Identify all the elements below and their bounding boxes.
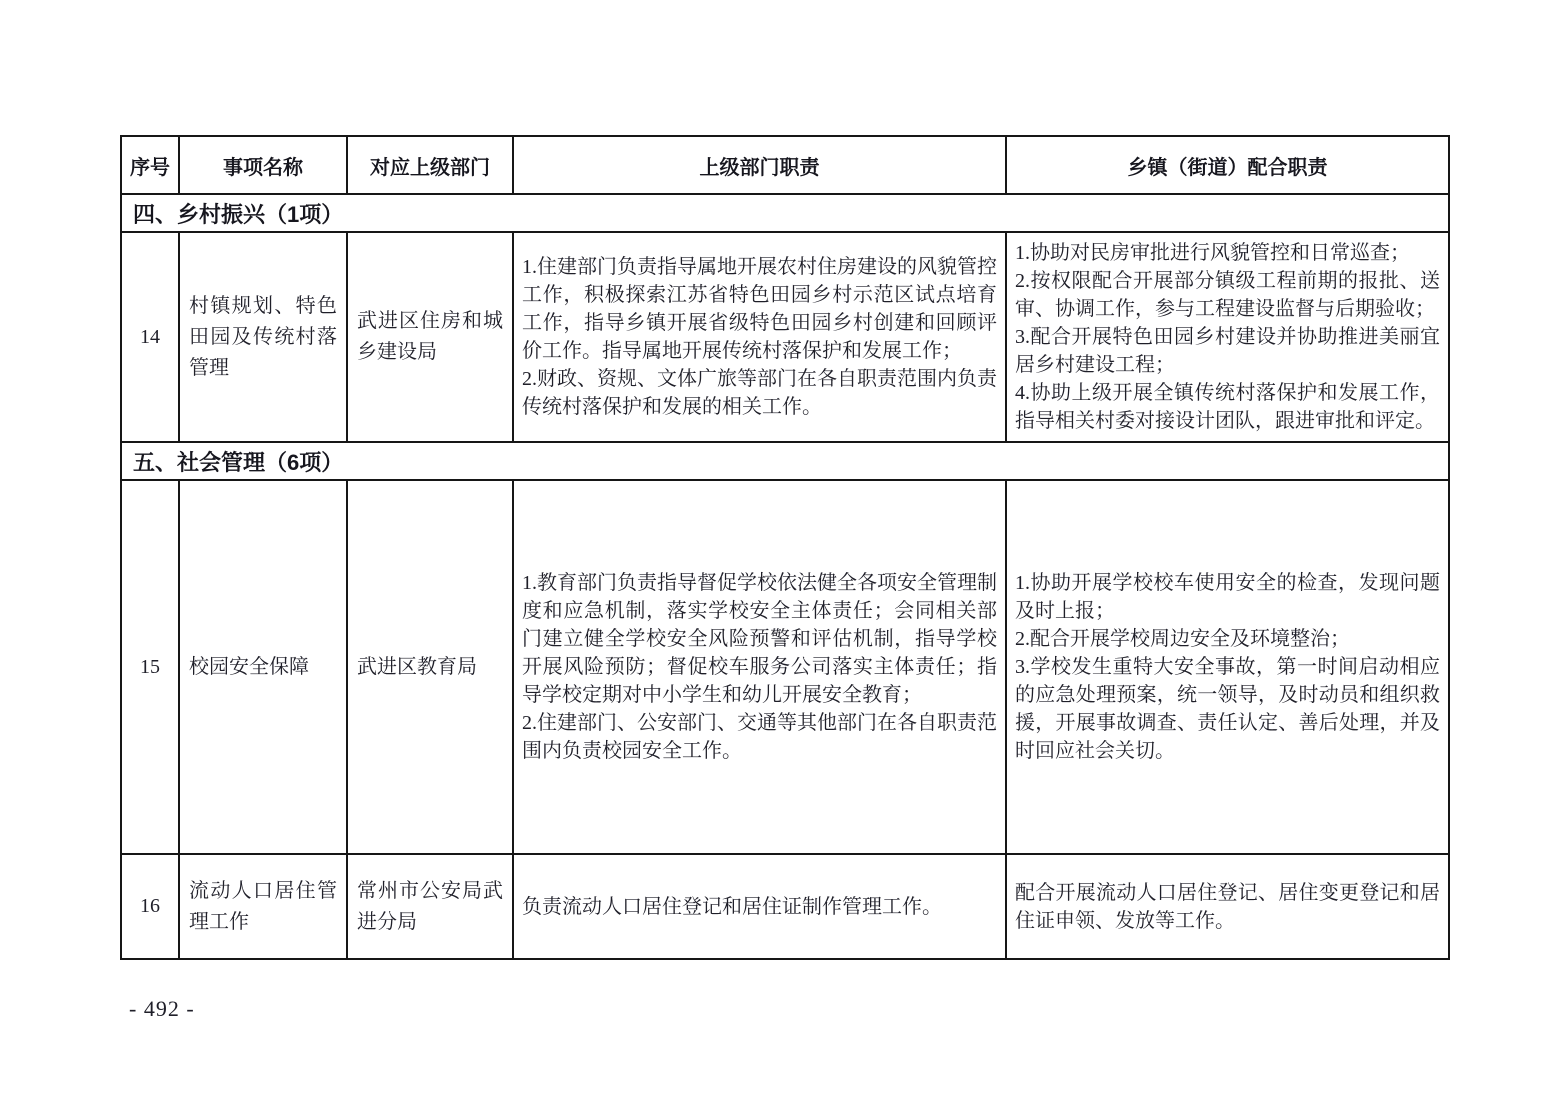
header-cell-township-duties: 乡镇（街道）配合职责	[1006, 136, 1449, 194]
header-cell-no: 序号	[121, 136, 179, 194]
header-cell-superior-duties: 上级部门职责	[513, 136, 1006, 194]
section-title: 五、社会管理（6项）	[121, 442, 1449, 480]
superior-duties: 1.教育部门负责指导督促学校依法健全各项安全管理制度和应急机制，落实学校安全主体…	[513, 480, 1006, 854]
row-number: 14	[121, 232, 179, 442]
duty-paragraph: 3.配合开展特色田园乡村建设并协助推进美丽宜居乡村建设工程；	[1015, 323, 1440, 379]
header-cell-department: 对应上级部门	[347, 136, 513, 194]
superior-duties: 负责流动人口居住登记和居住证制作管理工作。	[513, 854, 1006, 959]
document-page: 序号 事项名称 对应上级部门 上级部门职责 乡镇（街道）配合职责 四、乡村振兴（…	[0, 0, 1559, 1102]
section-title: 四、乡村振兴（1项）	[121, 194, 1449, 232]
duty-paragraph: 1.教育部门负责指导督促学校依法健全各项安全管理制度和应急机制，落实学校安全主体…	[522, 569, 997, 709]
duty-paragraph: 2.配合开展学校周边安全及环境整治；	[1015, 625, 1440, 653]
duty-paragraph: 1.协助开展学校校车使用安全的检查，发现问题及时上报；	[1015, 569, 1440, 625]
department-name: 常州市公安局武进分局	[347, 854, 513, 959]
section-row-social-management: 五、社会管理（6项）	[121, 442, 1449, 480]
township-duties: 1.协助开展学校校车使用安全的检查，发现问题及时上报；2.配合开展学校周边安全及…	[1006, 480, 1449, 854]
page-number: - 492 -	[129, 996, 195, 1022]
duty-paragraph: 4.协助上级开展全镇传统村落保护和发展工作，指导相关村委对接设计团队，跟进审批和…	[1015, 379, 1440, 435]
header-cell-item-name: 事项名称	[179, 136, 347, 194]
duty-paragraph: 1.协助对民房审批进行风貌管控和日常巡查；	[1015, 239, 1440, 267]
duty-paragraph: 2.按权限配合开展部分镇级工程前期的报批、送审、协调工作，参与工程建设监督与后期…	[1015, 267, 1440, 323]
row-number: 16	[121, 854, 179, 959]
table-row: 14 村镇规划、特色田园及传统村落管理 武进区住房和城乡建设局 1.住建部门负责…	[121, 232, 1449, 442]
table-row: 15 校园安全保障 武进区教育局 1.教育部门负责指导督促学校依法健全各项安全管…	[121, 480, 1449, 854]
duty-paragraph: 配合开展流动人口居住登记、居住变更登记和居住证申领、发放等工作。	[1015, 879, 1440, 935]
table-header-row: 序号 事项名称 对应上级部门 上级部门职责 乡镇（街道）配合职责	[121, 136, 1449, 194]
superior-duties: 1.住建部门负责指导属地开展农村住房建设的风貌管控工作，积极探索江苏省特色田园乡…	[513, 232, 1006, 442]
duty-paragraph: 2.财政、资规、文体广旅等部门在各自职责范围内负责传统村落保护和发展的相关工作。	[522, 365, 997, 421]
item-name: 流动人口居住管理工作	[179, 854, 347, 959]
department-name: 武进区教育局	[347, 480, 513, 854]
section-row-rural-revitalization: 四、乡村振兴（1项）	[121, 194, 1449, 232]
duty-paragraph: 负责流动人口居住登记和居住证制作管理工作。	[522, 893, 997, 921]
item-name: 村镇规划、特色田园及传统村落管理	[179, 232, 347, 442]
township-duties: 配合开展流动人口居住登记、居住变更登记和居住证申领、发放等工作。	[1006, 854, 1449, 959]
duty-paragraph: 3.学校发生重特大安全事故，第一时间启动相应的应急处理预案，统一领导，及时动员和…	[1015, 653, 1440, 765]
duty-paragraph: 2.住建部门、公安部门、交通等其他部门在各自职责范围内负责校园安全工作。	[522, 709, 997, 765]
table-row: 16 流动人口居住管理工作 常州市公安局武进分局 负责流动人口居住登记和居住证制…	[121, 854, 1449, 959]
item-name: 校园安全保障	[179, 480, 347, 854]
duty-paragraph: 1.住建部门负责指导属地开展农村住房建设的风貌管控工作，积极探索江苏省特色田园乡…	[522, 253, 997, 365]
row-number: 15	[121, 480, 179, 854]
responsibility-table: 序号 事项名称 对应上级部门 上级部门职责 乡镇（街道）配合职责 四、乡村振兴（…	[120, 135, 1450, 960]
department-name: 武进区住房和城乡建设局	[347, 232, 513, 442]
township-duties: 1.协助对民房审批进行风貌管控和日常巡查；2.按权限配合开展部分镇级工程前期的报…	[1006, 232, 1449, 442]
